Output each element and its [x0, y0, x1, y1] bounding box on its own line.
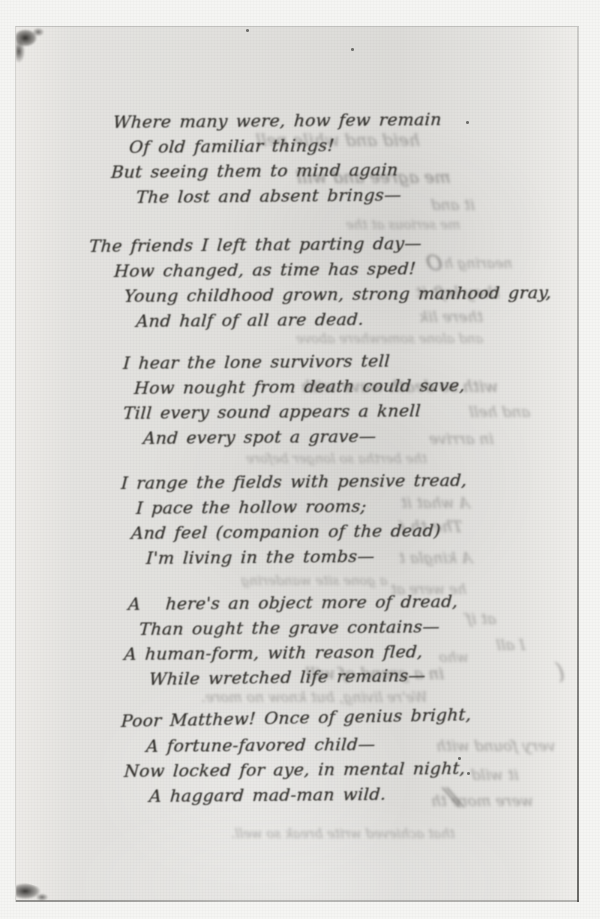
manuscript-page: heid and while pellme agree and willit a… [15, 26, 579, 902]
stanza-5: A here's an object more of dread, Than o… [16, 593, 579, 693]
poem-line: Till every sound appears a knell [122, 398, 580, 427]
poem-line: A here's an object more of dread, [127, 589, 580, 618]
poem-line: I hear the lone survivors tell [122, 348, 580, 377]
poem-line: Now locked for aye, in mental night, [123, 756, 580, 785]
poem-line: I range the fields with pensive tread, [120, 468, 580, 497]
poem-line: The lost and absent brings— [135, 182, 580, 211]
poem-line: And every spot a grave— [142, 423, 580, 452]
poem-line: But seeing them to mind again [110, 157, 580, 186]
poem-text: Where many were, how few remain Of old f… [16, 27, 579, 902]
stanza-3: I hear the lone survivors tell How nough… [16, 352, 579, 452]
poem-line: And feel (companion of the dead) [130, 518, 580, 547]
poem-line: While wretched life remains— [148, 662, 579, 693]
stanza-4: I range the fields with pensive tread, I… [16, 472, 579, 572]
poem-line: I'm living in the tombs— [145, 543, 580, 572]
poem-line: Young childhood grown, strong manhood gr… [123, 281, 580, 310]
poem-line: Where many were, how few remain [112, 107, 580, 136]
poem-line: Poor Matthew! Once of genius bright, [120, 701, 579, 735]
stanza-1: Where many were, how few remain Of old f… [16, 111, 579, 211]
poem-line: And half of all are dead. [135, 306, 580, 335]
stanza-6: Poor Matthew! Once of genius bright, A f… [16, 710, 579, 810]
poem-line: A haggard mad-man wild. [148, 781, 580, 810]
stanza-2: The friends I left that parting day— How… [16, 235, 579, 335]
